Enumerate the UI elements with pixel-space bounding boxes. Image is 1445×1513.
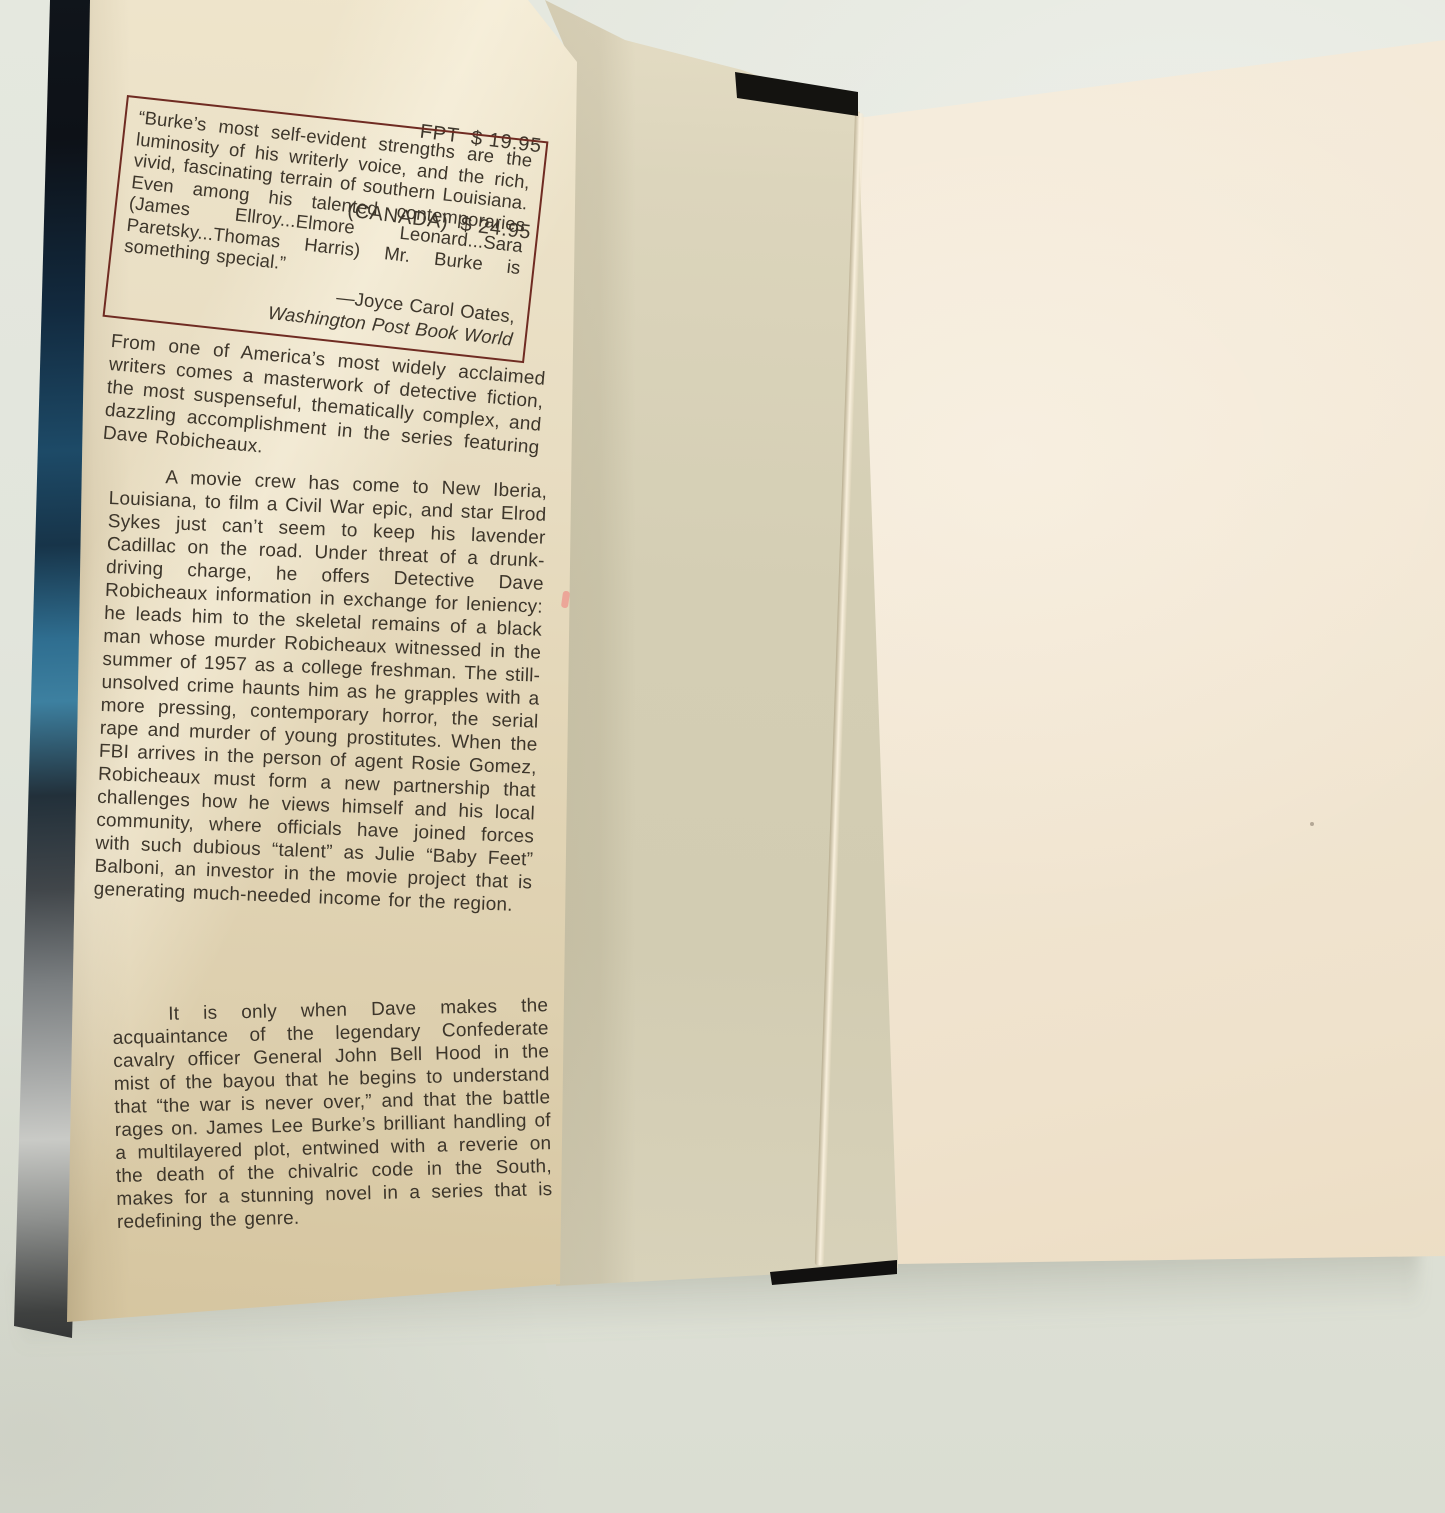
page-speck — [1310, 822, 1314, 826]
flap-paragraph: A movie crew has come to New Iberia, Lou… — [93, 464, 547, 917]
review-quote-box: “Burke’s most self-evident strengths are… — [103, 95, 549, 363]
flap-paragraph: It is only when Dave makes the acquainta… — [112, 994, 553, 1234]
book-photo-scene: FPT $ 19.95 (CANADA) $ 24.95 “Burke’s mo… — [0, 0, 1445, 1513]
